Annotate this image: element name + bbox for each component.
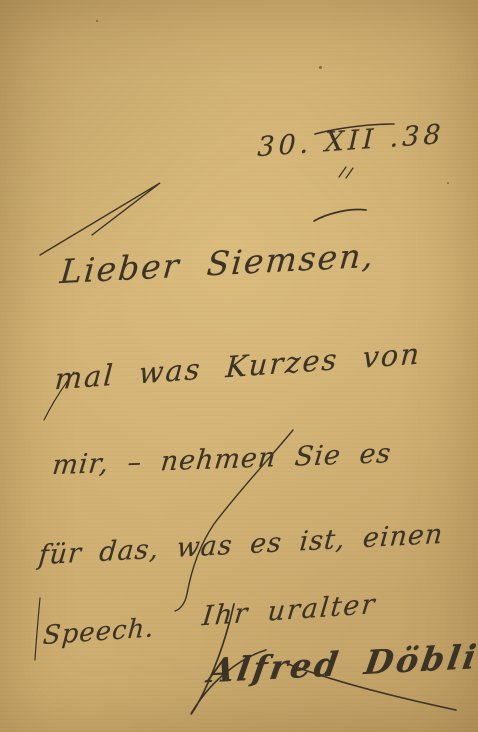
- paper-speck: [96, 20, 98, 22]
- letter-body-line-2: mir, – nehmen Sie es: [51, 438, 393, 481]
- letter-date: 30. XII .38: [257, 119, 445, 163]
- letter-body-line-1: mal was Kurzes von: [54, 336, 423, 396]
- paper-speck: [319, 66, 322, 69]
- letter-body-line-3: für das, was es ist, einen: [37, 519, 444, 571]
- letter-signature: Alfred Döblin: [206, 635, 478, 690]
- letter-page: 30. XII .38 Lieber Siemsen, mal was Kurz…: [0, 0, 478, 732]
- left-margin-stroke: [35, 598, 40, 660]
- letter-closing: Ihr uralter: [201, 589, 378, 632]
- paper-speck: [447, 182, 449, 184]
- dash-flourish-stroke: [314, 210, 366, 221]
- letter-body-line-4: Speech.: [42, 613, 156, 651]
- salutation-caret-stroke: [40, 183, 160, 255]
- date-tick-stroke: [339, 167, 353, 178]
- letter-salutation: Lieber Siemsen,: [59, 236, 377, 292]
